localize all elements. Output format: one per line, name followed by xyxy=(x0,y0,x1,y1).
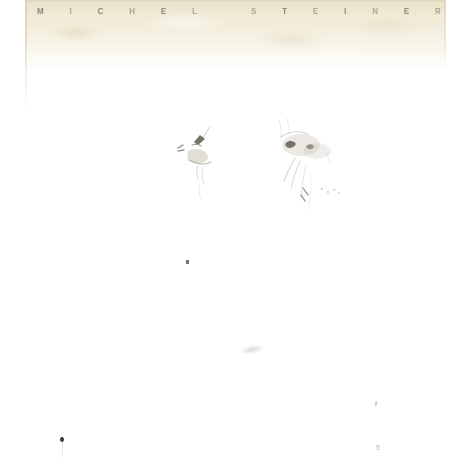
title-letter: T xyxy=(282,7,287,17)
cover-title: MICHEL STEINER xyxy=(37,7,441,19)
face-eyes-sketch-icon xyxy=(273,115,351,225)
bottom-left-line xyxy=(62,442,63,458)
paper-speck xyxy=(375,401,378,406)
page-edge-left xyxy=(25,0,27,110)
title-letter: I xyxy=(70,7,72,17)
book-cover-page: MICHEL STEINER 5 xyxy=(25,0,446,458)
letterpress-cream-strip: MICHEL STEINER xyxy=(25,0,446,72)
title-letter: E xyxy=(313,7,318,17)
title-letter: M xyxy=(37,7,44,17)
page-edge-right xyxy=(444,0,446,70)
title-letter: E xyxy=(404,7,409,17)
title-letter: C xyxy=(98,7,104,17)
corner-glyph: 5 xyxy=(376,445,380,452)
title-letter: H xyxy=(129,7,135,17)
title-letter xyxy=(223,7,225,17)
faint-smudge xyxy=(238,343,265,356)
page-top-edge xyxy=(25,0,446,2)
title-letter: I xyxy=(344,7,346,17)
title-letter: N xyxy=(372,7,378,17)
title-letter: L xyxy=(192,7,197,17)
ink-dot-mark xyxy=(186,260,189,264)
title-letter: S xyxy=(251,7,256,17)
title-letter: R xyxy=(435,7,441,17)
scan-background: { "cover": { "title": "MICHEL STEINER", … xyxy=(0,0,458,458)
face-profile-sketch-icon xyxy=(170,120,235,205)
title-letter: E xyxy=(161,7,166,17)
